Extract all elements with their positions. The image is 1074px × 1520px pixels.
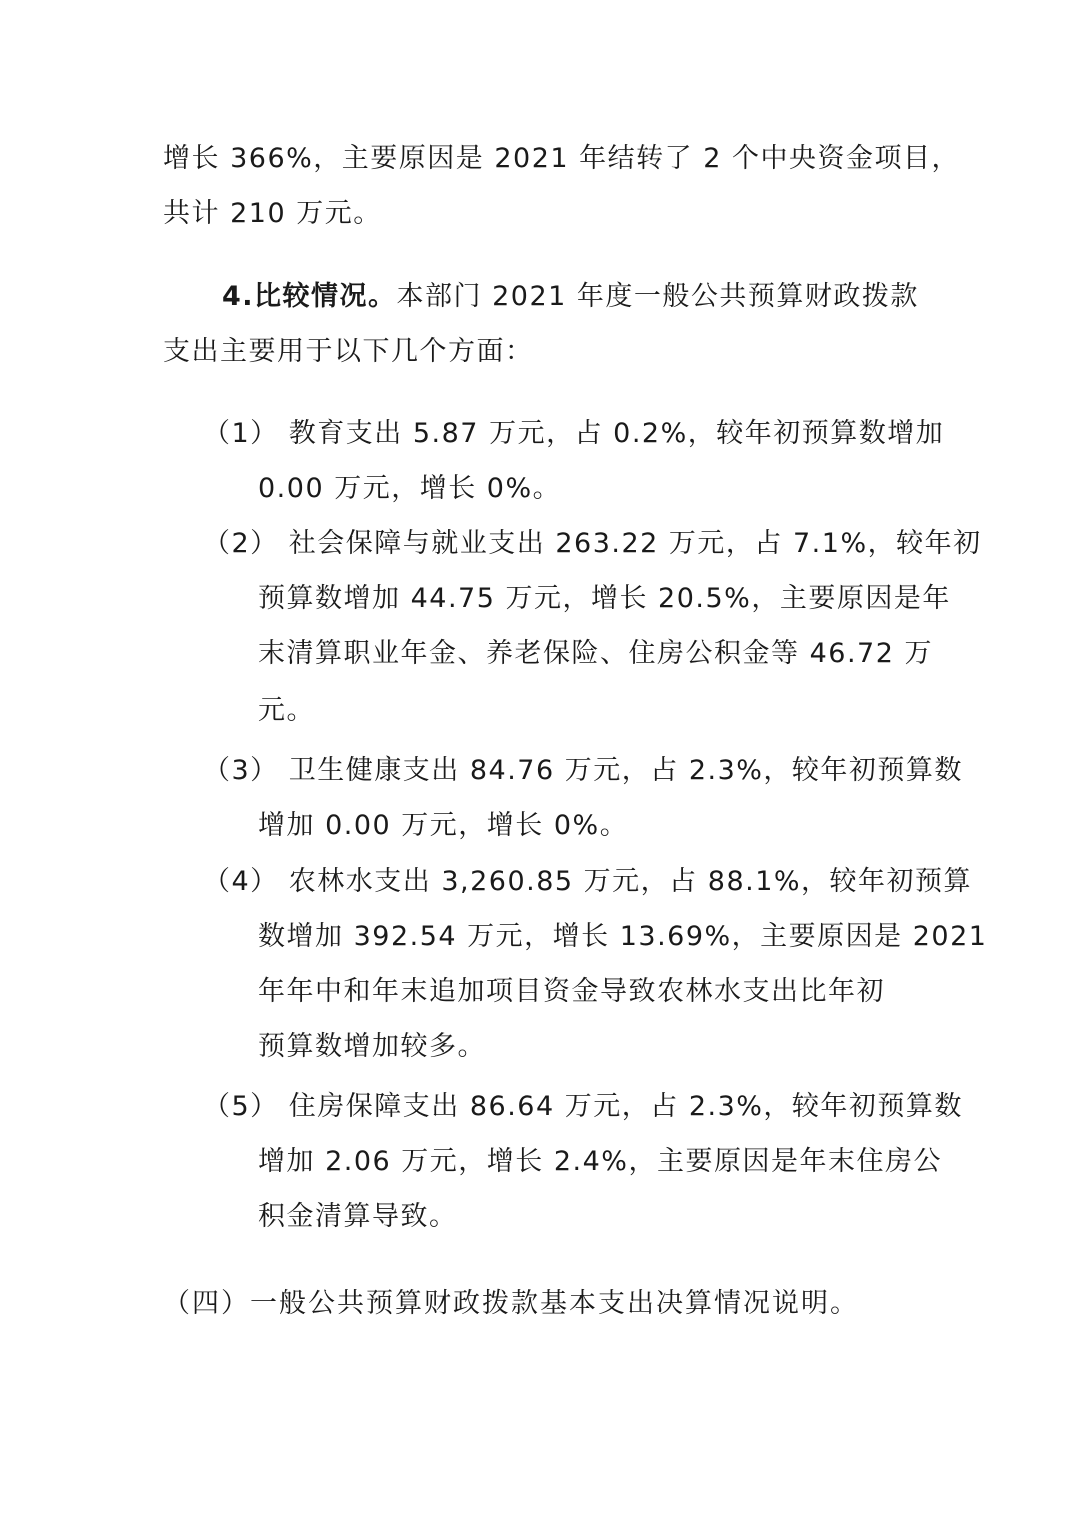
section-heading: （四）一般公共预算财政拨款基本支出决算情况说明。 [163,1284,859,1324]
item-4-first-line: （4） 农林水支出 3,260.85 万元，占 88.1%，较年初预算 [203,862,972,902]
comparison-line-1: 本部门 2021 年度一般公共预算财政拨款 [397,281,919,312]
item-number: （5） [203,1091,279,1122]
item-3-first-line: （3） 卫生健康支出 84.76 万元，占 2.3%，较年初预算数 [203,751,963,791]
item-text: 积金清算导致。 [258,1197,458,1237]
item-text: 卫生健康支出 84.76 万元，占 2.3%，较年初预算数 [289,755,963,786]
item-text: 农林水支出 3,260.85 万元，占 88.1%，较年初预算 [289,866,972,897]
item-1-first-line: （1） 教育支出 5.87 万元，占 0.2%，较年初预算数增加 [203,414,944,454]
comparison-label: 4.比较情况。 [222,281,397,312]
item-number: （2） [203,528,279,559]
item-text: 增加 0.00 万元，增长 0%。 [258,806,628,846]
item-text: 增加 2.06 万元，增长 2.4%，主要原因是年末住房公 [258,1142,942,1182]
item-text: 年年中和年末追加项目资金导致农林水支出比年初 [258,972,885,1012]
item-text: 预算数增加 44.75 万元，增长 20.5%，主要原因是年 [258,579,951,619]
item-text: 住房保障支出 86.64 万元，占 2.3%，较年初预算数 [289,1091,963,1122]
item-text: 预算数增加较多。 [258,1027,486,1067]
item-text: 社会保障与就业支出 263.22 万元，占 7.1%，较年初 [289,528,982,559]
item-text: 元。 [258,691,315,731]
item-number: （4） [203,866,279,897]
item-text: 教育支出 5.87 万元，占 0.2%，较年初预算数增加 [289,418,944,449]
item-number: （3） [203,755,279,786]
item-number: （1） [203,418,279,449]
item-2-first-line: （2） 社会保障与就业支出 263.22 万元，占 7.1%，较年初 [203,524,982,564]
intro-line-2: 共计 210 万元。 [163,194,382,234]
comparison-paragraph: 4.比较情况。本部门 2021 年度一般公共预算财政拨款 [222,277,919,317]
item-5-first-line: （5） 住房保障支出 86.64 万元，占 2.3%，较年初预算数 [203,1087,963,1127]
item-text: 数增加 392.54 万元，增长 13.69%，主要原因是 2021 [258,917,987,957]
intro-line-1: 增长 366%，主要原因是 2021 年结转了 2 个中央资金项目， [163,139,960,179]
comparison-line-2: 支出主要用于以下几个方面： [163,332,534,372]
item-text: 0.00 万元，增长 0%。 [258,469,561,509]
item-text: 末清算职业年金、养老保险、住房公积金等 46.72 万 [258,634,933,674]
